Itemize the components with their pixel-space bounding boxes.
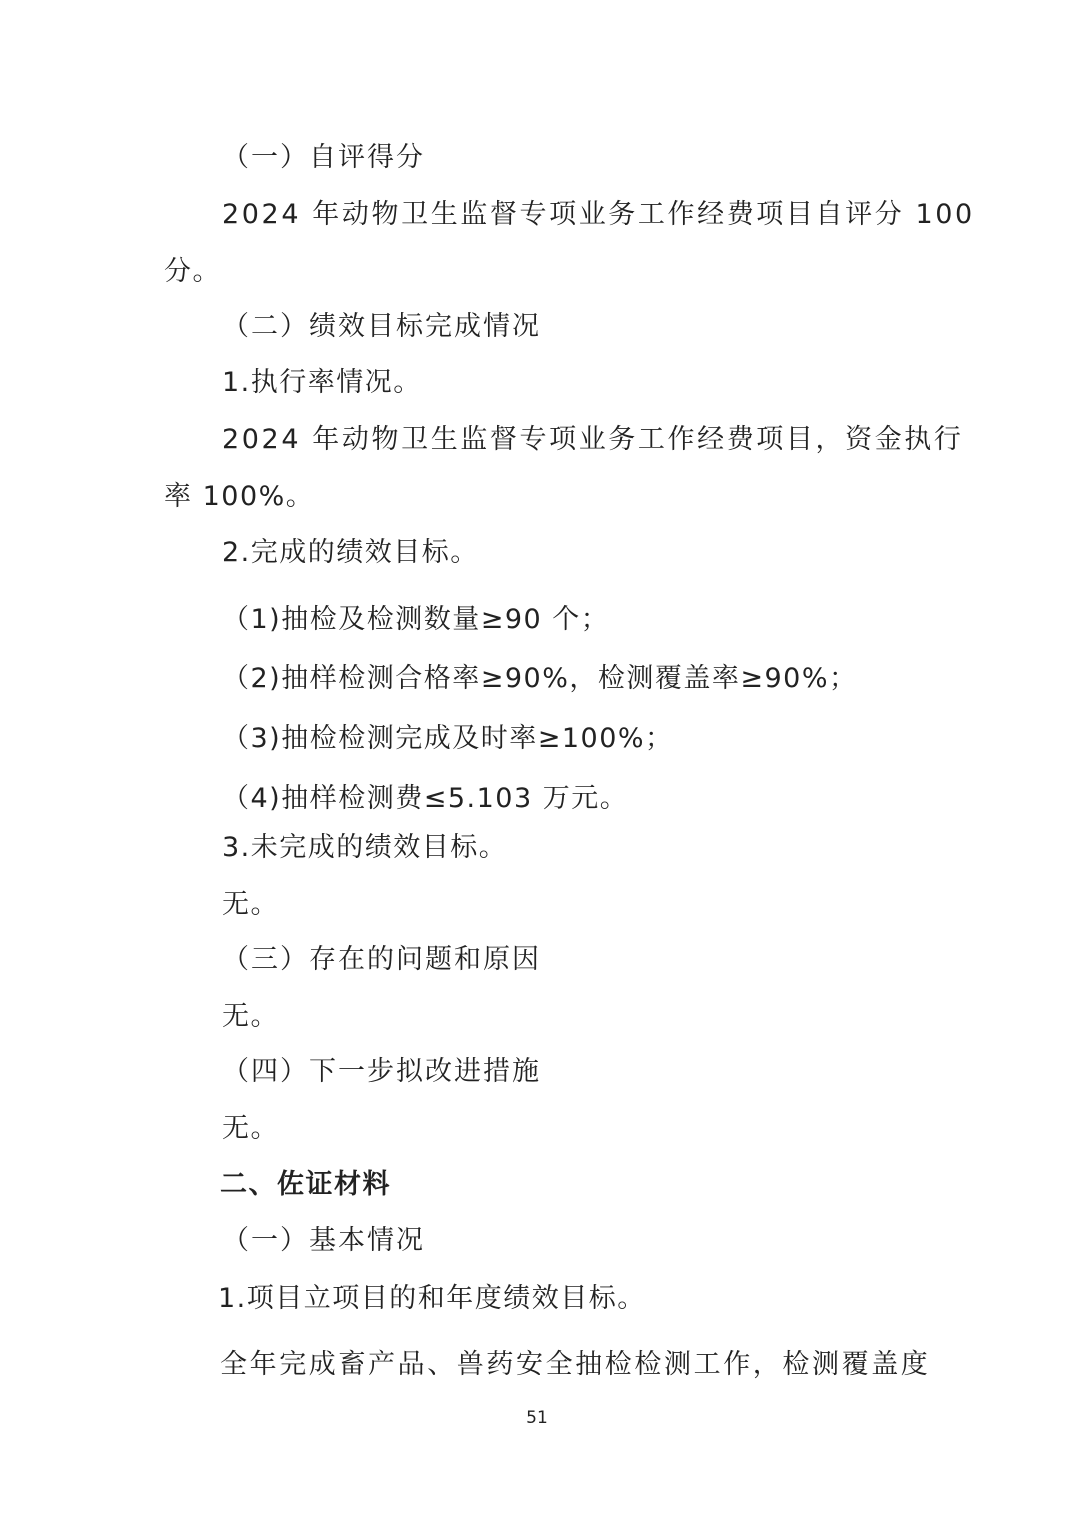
goal-item: （1)抽检及检测数量≥90 个；: [222, 603, 609, 637]
subsection-title: 1.执行率情况。: [222, 366, 422, 400]
paragraph-line: 全年完成畜产品、兽药安全抽检检测工作，检测覆盖度: [220, 1348, 930, 1382]
paragraph-line: 2024 年动物卫生监督专项业务工作经费项目自评分 100: [222, 198, 975, 232]
paragraph-line: 2024 年动物卫生监督专项业务工作经费项目，资金执行: [222, 423, 964, 457]
goal-item: （4)抽样检测费≤5.103 万元。: [222, 782, 628, 816]
subsection-title: 1.项目立项目的和年度绩效目标。: [218, 1282, 646, 1316]
section-heading-self-score: （一）自评得分: [222, 141, 425, 175]
section-heading-next-steps: （四）下一步拟改进措施: [222, 1055, 541, 1089]
page-number: 51: [0, 1408, 1074, 1428]
goal-item: （2)抽样检测合格率≥90%，检测覆盖率≥90%；: [222, 662, 857, 696]
section-heading-problems: （三）存在的问题和原因: [222, 943, 541, 977]
subsection-title: 3.未完成的绩效目标。: [222, 831, 507, 865]
subsection-title: 2.完成的绩效目标。: [222, 536, 479, 570]
paragraph-line: 率 100%。: [164, 480, 314, 514]
section-heading-goal-completion: （二）绩效目标完成情况: [222, 310, 541, 344]
paragraph-line: 无。: [222, 888, 279, 922]
goal-item: （3)抽检检测完成及时率≥100%；: [222, 722, 674, 756]
chapter-heading-evidence: 二、佐证材料: [220, 1168, 391, 1202]
paragraph-line: 无。: [222, 1112, 279, 1146]
paragraph-line: 无。: [222, 1000, 279, 1034]
section-heading-basic: （一）基本情况: [222, 1224, 425, 1258]
document-page: （一）自评得分 2024 年动物卫生监督专项业务工作经费项目自评分 100 分。…: [0, 0, 1074, 1520]
paragraph-line: 分。: [164, 255, 221, 289]
